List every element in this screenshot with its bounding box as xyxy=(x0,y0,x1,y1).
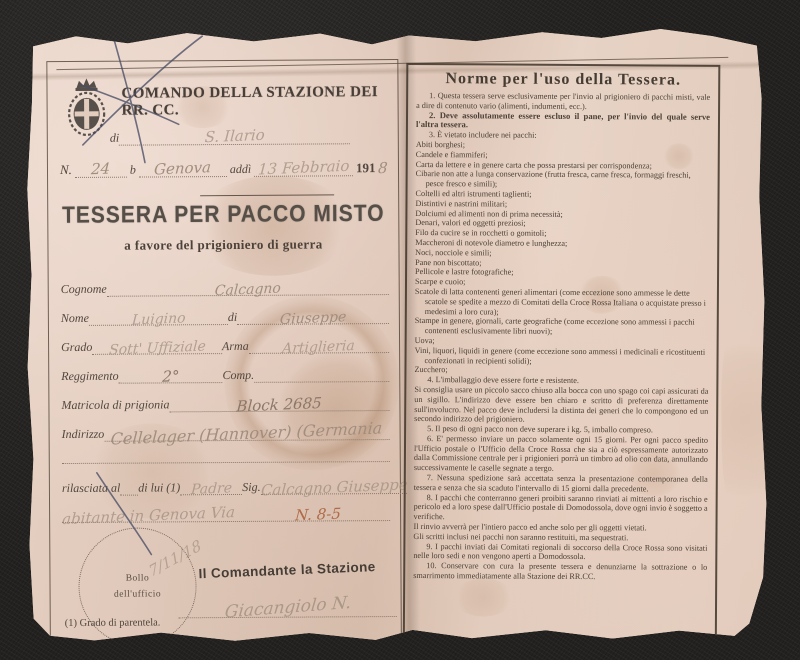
norme-block: 10. Conservare con cura la presente tess… xyxy=(413,561,707,582)
signature-line: Giacangiolo N. xyxy=(179,584,397,618)
di2-label: di xyxy=(228,310,237,325)
command-header: COMANDO DELLA STAZIONE DEI RR. CC. xyxy=(121,84,393,120)
commander-signature: Giacangiolo N. xyxy=(224,595,352,622)
grado-value: Sott' Uffiziale xyxy=(108,339,206,357)
reggimento-value: 2° xyxy=(162,369,180,385)
field-grado-arma: Grado Sott' Uffiziale Arma Artiglieria xyxy=(61,324,389,355)
comp-label: Comp. xyxy=(222,368,254,383)
reggimento-label: Reggimento xyxy=(61,369,118,384)
station-of-row: di S. Ilario xyxy=(110,128,350,145)
form-fields: Cognome Calcagno Nome Luigino di Giusepp… xyxy=(61,266,391,523)
norme-body: 1. Questa tessera serve esclusivamente p… xyxy=(413,91,710,583)
norme-block: 8. I pacchi che conterranno generi proib… xyxy=(414,493,708,524)
abitante-number: N. 8-5 xyxy=(295,507,342,524)
place-handwritten: Genova xyxy=(154,160,212,177)
stamp-circle-line1: Bollo xyxy=(126,574,150,584)
rilasciata-label: rilasciata al xyxy=(62,481,120,496)
royal-crest-icon xyxy=(59,76,113,140)
matricola-label: Matricola di prigionia xyxy=(61,397,169,413)
cognome-value: Calcagno xyxy=(214,282,281,299)
station-name-handwritten: S. Ilario xyxy=(204,128,265,146)
tessera-subtitle: a favore del prigioniero di guerra xyxy=(48,236,398,254)
norme-block: 1. Questa tessera serve esclusivamente p… xyxy=(416,91,710,112)
matricola-value: Block 2685 xyxy=(236,396,322,415)
tessera-title: TESSERA PER PACCO MISTO xyxy=(48,201,398,230)
field-nome: Nome Luigino di Giuseppe xyxy=(61,295,389,326)
number-date-row: N. 24 b Genova addì 13 Febbraio 191 8 xyxy=(60,160,388,178)
norme-title: Norme per l'uso della Tessera. xyxy=(416,70,710,90)
di-lui-value: Padre xyxy=(190,481,232,497)
norme-block: 6. E' permesso inviare un pacco solament… xyxy=(414,434,708,475)
parentela-footnote: (1) Grado di parentela. xyxy=(65,617,161,629)
arma-value: Artiglieria xyxy=(282,339,355,356)
arma-label: Arma xyxy=(222,339,249,354)
date-underline-rule xyxy=(200,194,334,196)
document-paper: COMANDO DELLA STAZIONE DEI RR. CC. di S.… xyxy=(24,25,768,644)
norme-block: Vini, liquori, liquidi in genere (come e… xyxy=(414,346,708,367)
field-cognome: Cognome Calcagno xyxy=(61,266,389,297)
cognome-label: Cognome xyxy=(61,282,107,297)
norme-block: Cibarie non atte a lunga conservazione (… xyxy=(416,169,710,190)
abitante-value: abitante in Genova Via xyxy=(62,505,236,527)
grado-label: Grado xyxy=(61,340,92,355)
norme-block: Stampe in genere, giornali, carte geogra… xyxy=(415,316,709,337)
year-printed: 191 xyxy=(356,160,376,176)
stamp-circle-line2: dell'ufficio xyxy=(114,589,161,599)
norme-section: Norme per l'uso della Tessera. 1. Questa… xyxy=(403,63,721,643)
di-lui-label: di lui (1) xyxy=(138,480,180,495)
number-label: N. xyxy=(60,162,72,178)
nome-label: Nome xyxy=(61,311,89,326)
commander-label: Il Comandante la Stazione xyxy=(198,559,376,581)
field-rilasciata: rilasciata al di lui (1) Padre Sig. Calc… xyxy=(62,462,390,496)
norme-block: Scatole di latta contenenti generi alime… xyxy=(415,287,709,318)
number-handwritten: 24 xyxy=(91,161,111,177)
norme-block: 9. I pacchi inviati dai Comitati regiona… xyxy=(413,542,707,563)
indirizzo-label: Indirizzo xyxy=(62,427,105,442)
field-matricola: Matricola di prigionia Block 2685 xyxy=(61,382,389,413)
left-form-section: COMANDO DELLA STAZIONE DEI RR. CC. di S.… xyxy=(46,59,402,643)
norme-block: 2. Deve assolutamente essere escluso il … xyxy=(416,111,710,132)
norme-block: 7. Nessuna spedizione sarà accettata sen… xyxy=(414,473,708,494)
b-label: b xyxy=(130,163,136,178)
norme-block: Si consiglia usare un piccolo sacco chiu… xyxy=(414,385,708,426)
addi-label: addì xyxy=(230,162,251,177)
field-abitante: abitante in Genova Via N. 8-5 xyxy=(62,494,390,523)
stain-edge xyxy=(721,315,767,525)
nome-value: Luigino xyxy=(131,311,186,327)
year-digit-handwritten: 8 xyxy=(378,161,388,176)
sig-label: Sig. xyxy=(242,480,260,495)
field-indirizzo: Indirizzo Cellelager (Hannover) (Germani… xyxy=(61,411,389,442)
di-label: di xyxy=(110,131,119,146)
date-handwritten: 13 Febbraio xyxy=(257,159,349,178)
di2-value: Giuseppe xyxy=(279,310,346,327)
